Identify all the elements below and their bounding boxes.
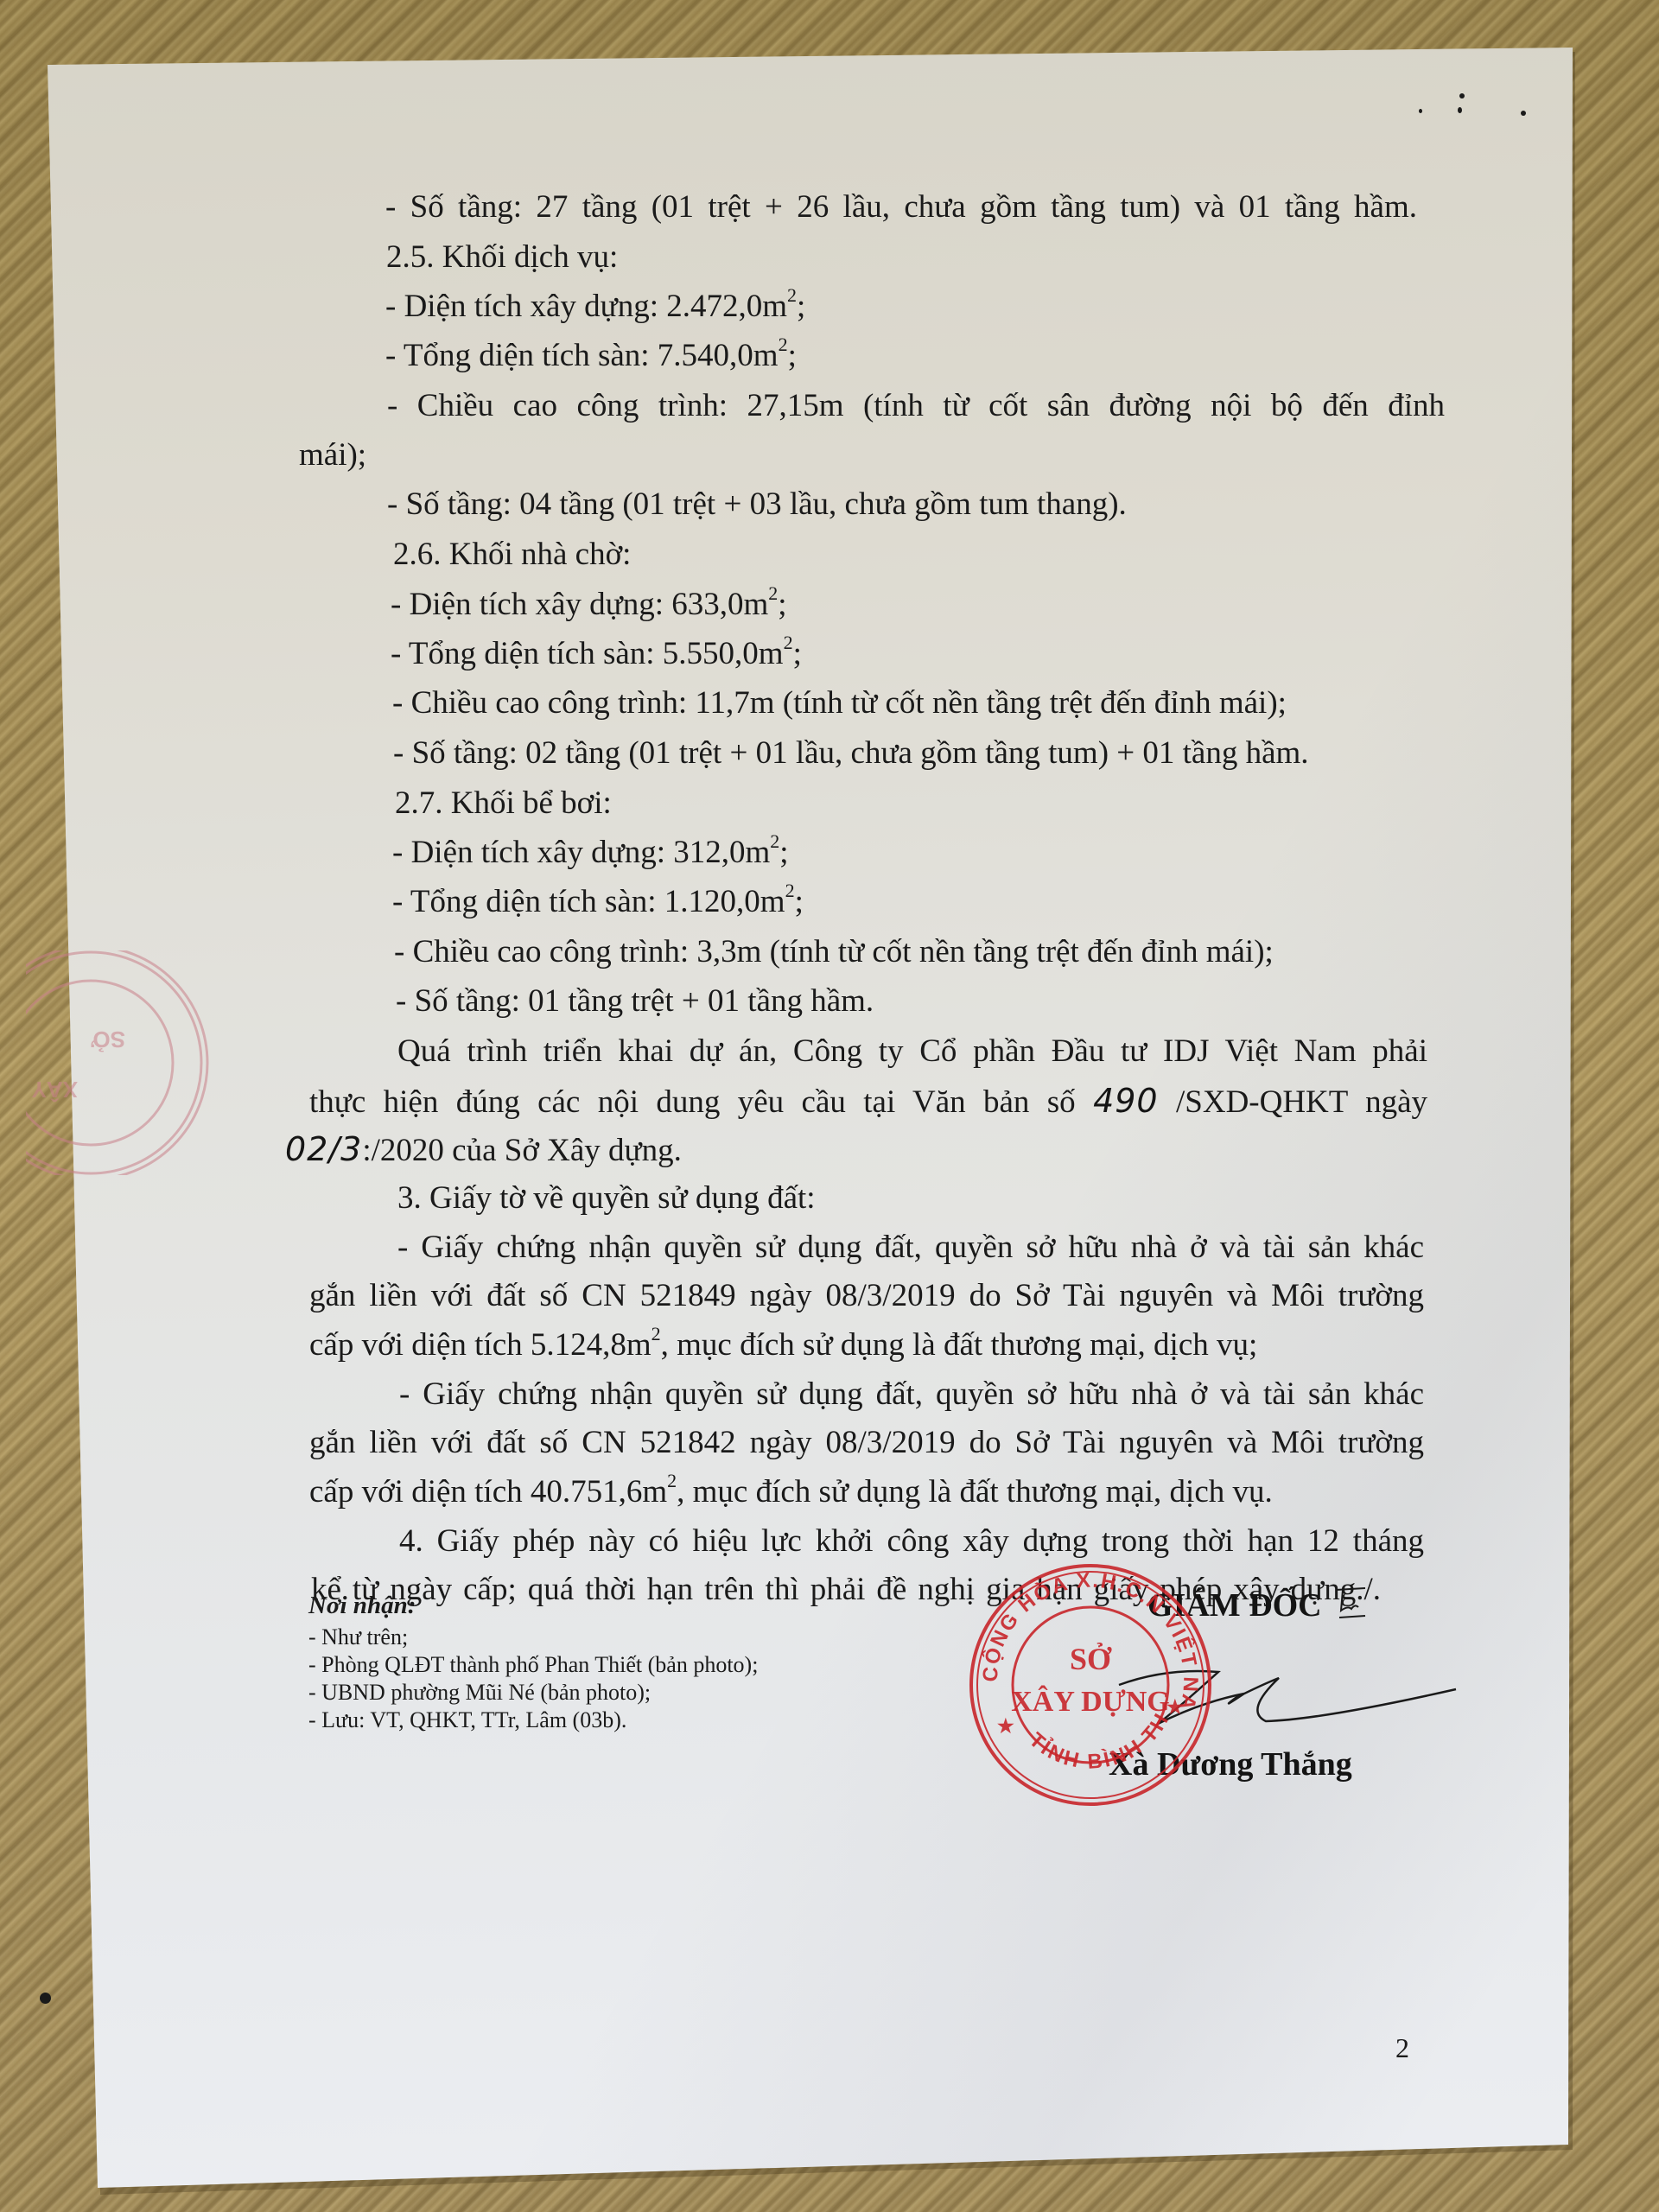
document-line: - Chiều cao công trình: 3,3m (tính từ cố… (394, 933, 1274, 971)
document-line: Quá trình triển khai dự án, Công ty Cổ p… (397, 1033, 1427, 1071)
recipients-title: Nơi nhận: (308, 1592, 416, 1620)
document-line: - Diện tích xây dựng: 633,0m2; (391, 586, 787, 624)
document-line: 4. Giấy phép này có hiệu lực khởi công x… (399, 1522, 1424, 1560)
line-text: cấp với diện tích 40.751,6m (309, 1474, 667, 1510)
line-text: - Tổng diện tích sàn: 1.120,0m (392, 884, 785, 919)
paper-speck (1419, 109, 1422, 113)
line-text: - Số tầng: 01 tầng trệt + 01 tầng hầm. (396, 983, 874, 1019)
stamp-star-right: ★ (1166, 1696, 1184, 1718)
superscript: 2 (770, 830, 779, 852)
line-text: - Tổng diện tích sàn: 7.540,0m (385, 338, 779, 373)
document-line: - Giấy chứng nhận quyền sử dụng đất, quy… (397, 1229, 1424, 1267)
line-text: - Chiều cao công trình: 11,7m (tính từ c… (392, 685, 1287, 721)
recipient-item: - UBND phường Mũi Né (bản photo); (308, 1678, 651, 1707)
faded-stamp-line1: SỞ (91, 1027, 125, 1053)
line-text: ; (797, 289, 805, 324)
document-line: - Chiều cao công trình: 11,7m (tính từ c… (392, 684, 1287, 722)
superscript: 2 (784, 632, 793, 653)
document-line: gắn liền với đất số CN 521849 ngày 08/3/… (309, 1277, 1424, 1315)
line-text: - Giấy chứng nhận quyền sử dụng đất, quy… (397, 1230, 1424, 1265)
line-text: 2.5. Khối dịch vụ: (386, 239, 618, 275)
document-line: - Tổng diện tích sàn: 1.120,0m2; (392, 883, 804, 921)
initials-mark (1331, 1581, 1374, 1624)
handwritten-number: 490 (1093, 1082, 1159, 1120)
line-text: - Diện tích xây dựng: 312,0m (392, 835, 770, 870)
line-text: - Số tầng: 27 tầng (01 trệt + 26 lầu, ch… (385, 189, 1417, 225)
line-text: gắn liền với đất số CN 521842 ngày 08/3/… (309, 1425, 1424, 1460)
document-line: - Số tầng: 27 tầng (01 trệt + 26 lầu, ch… (385, 188, 1417, 226)
faded-stamp: SỞ XÂY DỰNG (26, 950, 233, 1175)
page-number: 2 (1395, 2032, 1409, 2064)
document-line: cấp với diện tích 40.751,6m2, mục đích s… (309, 1473, 1273, 1511)
line-text: /SXD-QHKT ngày (1159, 1084, 1427, 1120)
document-line: thực hiện đúng các nội dung yêu cầu tại … (309, 1082, 1427, 1122)
document-line: - Số tầng: 01 tầng trệt + 01 tầng hầm. (396, 982, 874, 1020)
stamp-center-line2: XÂY DỰNG (1011, 1685, 1170, 1718)
stamp-star-left: ★ (997, 1715, 1014, 1737)
line-text: ; (778, 587, 786, 622)
document-line: 02/3:/2020 của Sở Xây dựng. (285, 1130, 682, 1170)
line-text: 2.7. Khối bể bơi: (395, 785, 612, 821)
line-text: , mục đích sử dụng là đất thương mại, dị… (677, 1474, 1273, 1510)
line-text: - Chiều cao công trình: 27,15m (tính từ … (387, 388, 1445, 423)
line-text: - Tổng diện tích sàn: 5.550,0m (391, 636, 784, 671)
superscript: 2 (667, 1470, 677, 1491)
line-text: - Giấy chứng nhận quyền sử dụng đất, quy… (399, 1376, 1424, 1412)
faded-stamp-line2: XÂY DỰNG (26, 1077, 78, 1103)
line-text: - Số tầng: 02 tầng (01 trệt + 01 lầu, ch… (393, 735, 1309, 771)
document-line: - Tổng diện tích sàn: 7.540,0m2; (385, 337, 797, 375)
document-line: 2.6. Khối nhà chờ: (393, 536, 631, 574)
paper-speck (1458, 107, 1462, 113)
document-line: gắn liền với đất số CN 521842 ngày 08/3/… (309, 1424, 1424, 1462)
document-line: - Tổng diện tích sàn: 5.550,0m2; (391, 635, 802, 673)
line-text: cấp với diện tích 5.124,8m (309, 1327, 652, 1363)
line-text: ; (793, 636, 802, 671)
line-text: Quá trình triển khai dự án, Công ty Cổ p… (397, 1033, 1427, 1069)
superscript: 2 (785, 880, 795, 901)
superscript: 2 (787, 284, 797, 306)
line-text: 2.6. Khối nhà chờ: (393, 537, 631, 572)
document-line: mái); (299, 436, 366, 474)
line-text: 4. Giấy phép này có hiệu lực khởi công x… (399, 1523, 1424, 1559)
recipient-item: - Phòng QLĐT thành phố Phan Thiết (bản p… (308, 1650, 758, 1679)
superscript: 2 (779, 334, 788, 355)
line-text: - Số tầng: 04 tầng (01 trệt + 03 lầu, ch… (387, 486, 1127, 522)
recipient-item: - Lưu: VT, QHKT, TTr, Lâm (03b). (308, 1706, 626, 1734)
line-text: ; (779, 835, 788, 870)
document-line: - Diện tích xây dựng: 2.472,0m2; (385, 288, 805, 326)
line-text: :/2020 của Sở Xây dựng. (362, 1133, 682, 1168)
line-text: 3. Giấy tờ về quyền sử dụng đất: (397, 1180, 816, 1216)
line-text: - Diện tích xây dựng: 633,0m (391, 587, 768, 622)
document-line: - Chiều cao công trình: 27,15m (tính từ … (387, 387, 1445, 425)
document-line: - Số tầng: 04 tầng (01 trệt + 03 lầu, ch… (387, 486, 1127, 524)
paper-speck (1459, 93, 1465, 99)
superscript: 2 (768, 582, 778, 604)
line-text: - Chiều cao công trình: 3,3m (tính từ cố… (394, 934, 1274, 969)
line-text: , mục đích sử dụng là đất thương mại, dị… (661, 1327, 1258, 1363)
document-line: 2.5. Khối dịch vụ: (386, 238, 618, 276)
document-line: 3. Giấy tờ về quyền sử dụng đất: (397, 1179, 816, 1217)
table-speck (40, 1993, 51, 2004)
line-text: gắn liền với đất số CN 521849 ngày 08/3/… (309, 1278, 1424, 1313)
line-text: ; (795, 884, 804, 919)
document-line: cấp với diện tích 5.124,8m2, mục đích sử… (309, 1326, 1257, 1364)
handwritten-date: 02/3 (285, 1130, 362, 1168)
line-text: ; (788, 338, 797, 373)
superscript: 2 (652, 1323, 661, 1344)
recipient-item: - Như trên; (308, 1623, 408, 1651)
stamp-center-line1: SỞ (1070, 1642, 1112, 1676)
document-line: - Giấy chứng nhận quyền sử dụng đất, quy… (399, 1376, 1424, 1414)
document-line: - Số tầng: 02 tầng (01 trệt + 01 lầu, ch… (393, 734, 1309, 772)
line-text: - Diện tích xây dựng: 2.472,0m (385, 289, 787, 324)
document-line: 2.7. Khối bể bơi: (395, 785, 612, 823)
document-line: - Diện tích xây dựng: 312,0m2; (392, 834, 789, 872)
official-stamp: CỘNG HÒA X.H.C.N VIỆT NAM TỈNH BÌNH THUẬ… (961, 1555, 1220, 1815)
paper-speck (1521, 111, 1526, 116)
line-text: thực hiện đúng các nội dung yêu cầu tại … (309, 1084, 1093, 1120)
line-text: mái); (299, 437, 366, 473)
